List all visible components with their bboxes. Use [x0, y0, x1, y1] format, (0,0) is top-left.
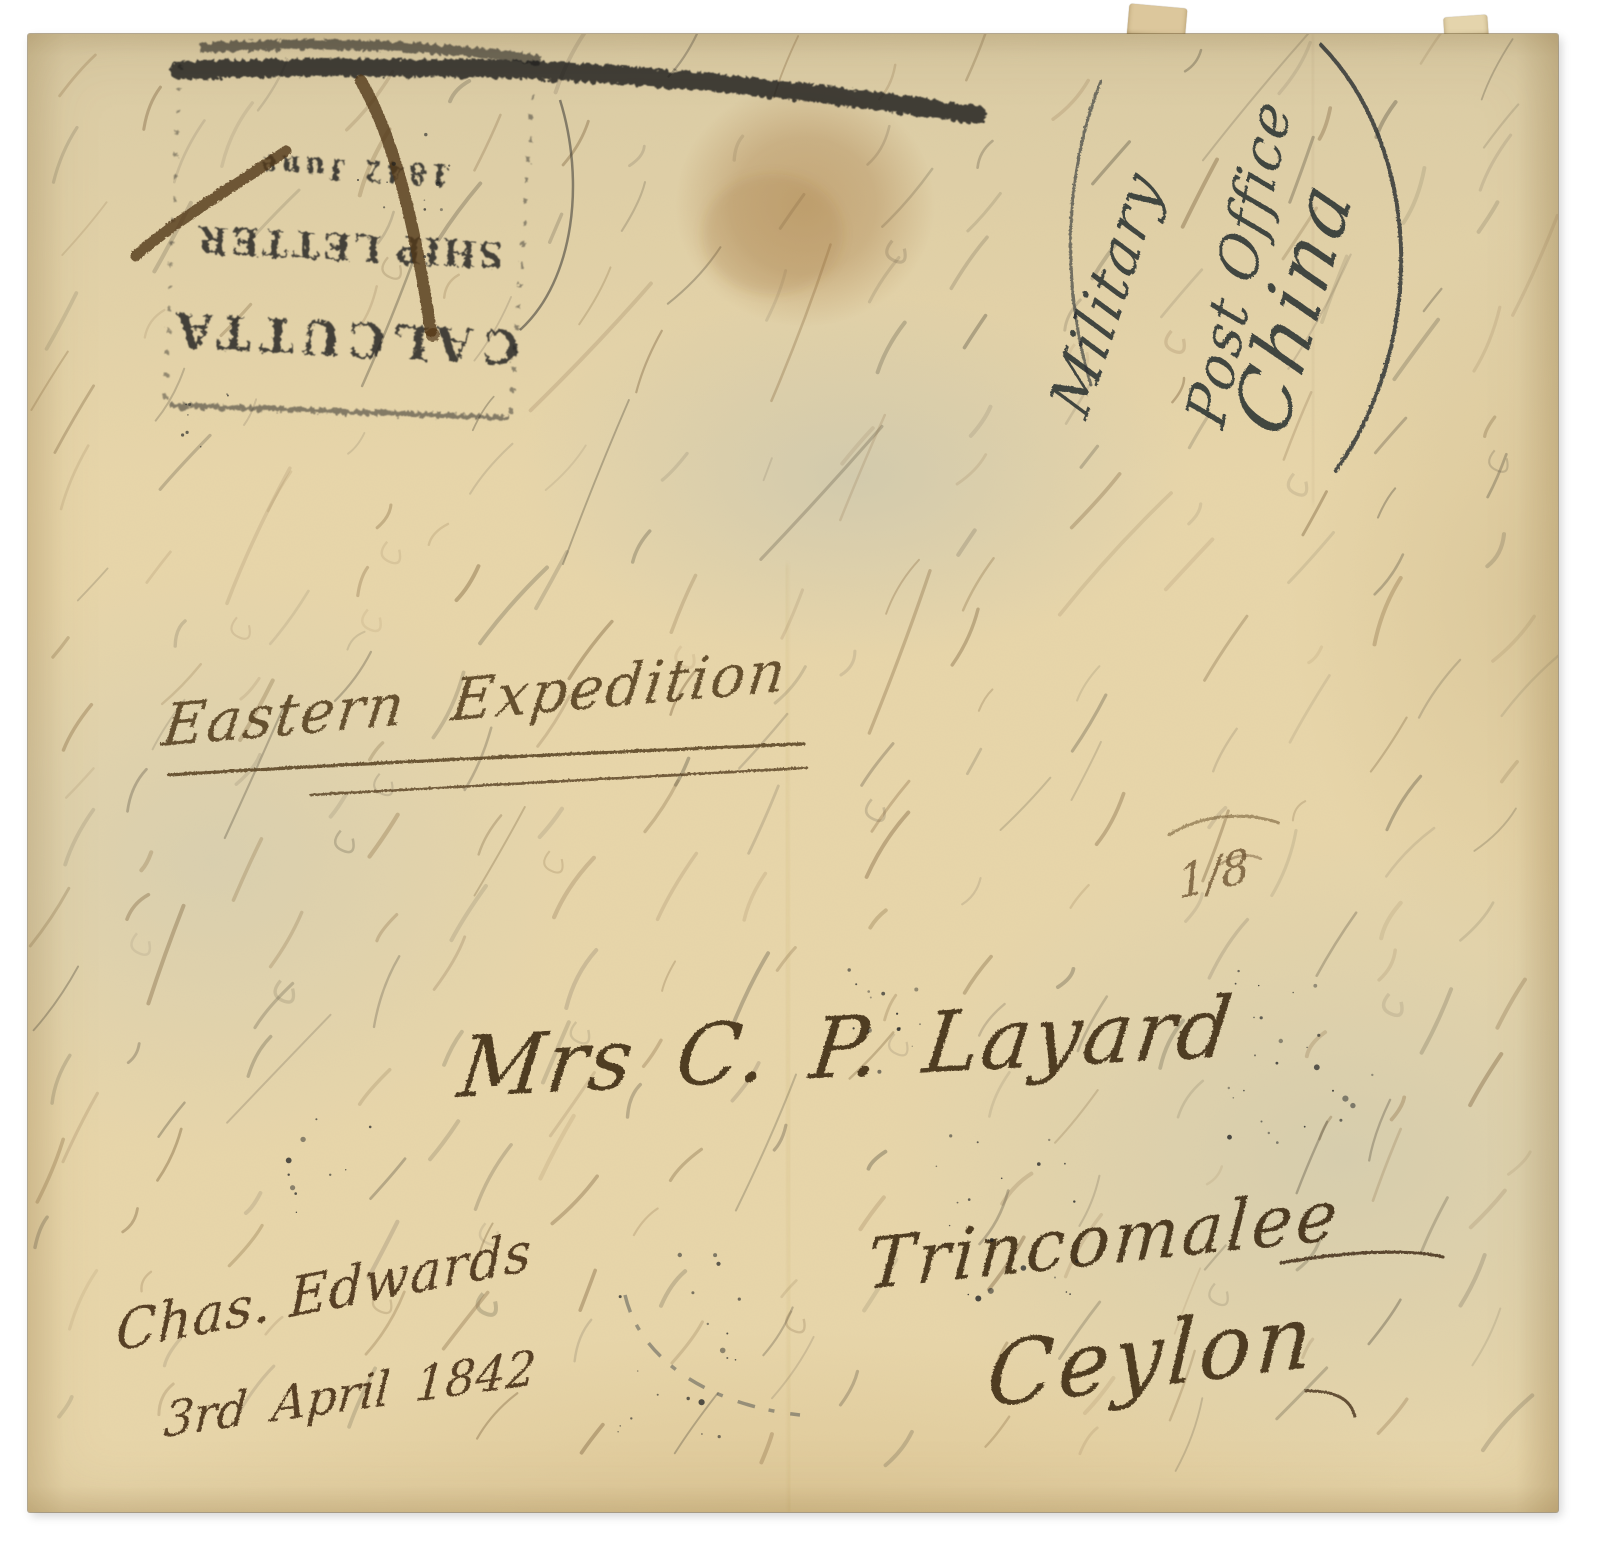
wax-seal-stain	[675, 83, 935, 327]
letter-cover-front: CALCUTTA SHIP LETTER 1842 June Military …	[28, 34, 1558, 1512]
scanned-letter-cover: CALCUTTA SHIP LETTER 1842 June Military …	[0, 0, 1600, 1544]
cover-artwork: CALCUTTA SHIP LETTER 1842 June Military …	[28, 34, 1558, 1512]
